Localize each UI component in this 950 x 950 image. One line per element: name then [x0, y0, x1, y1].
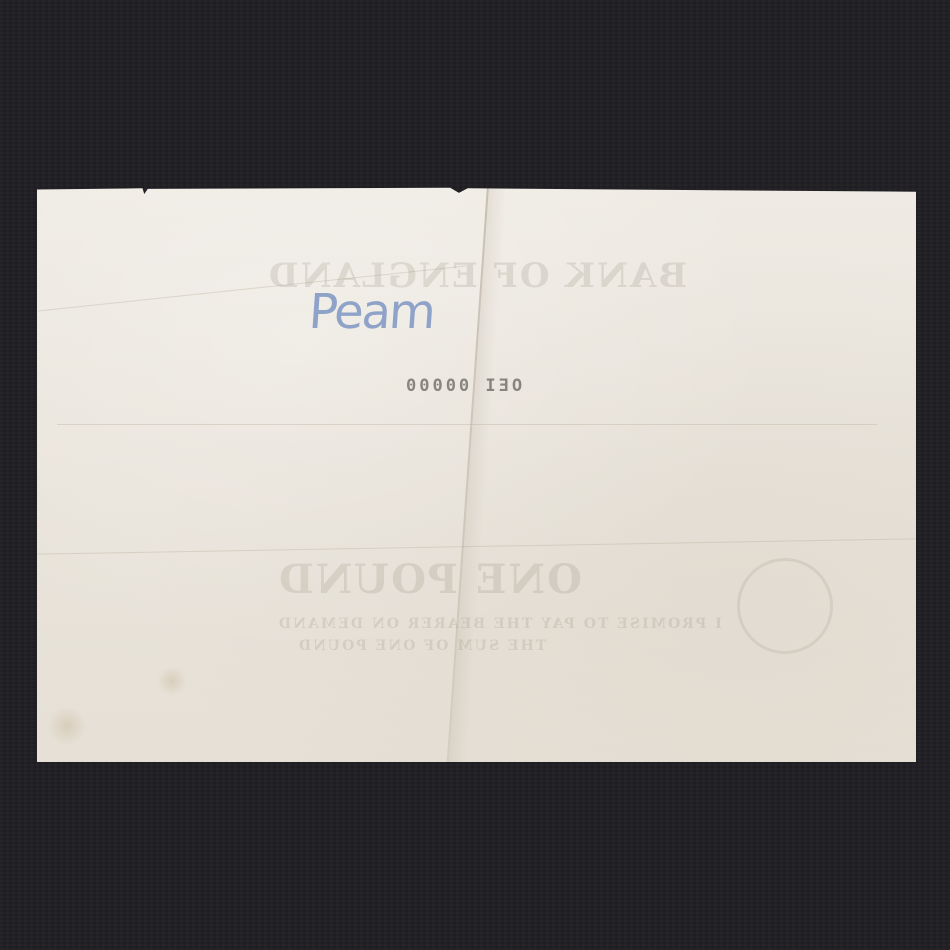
banknote-reverse: BANK OF ENGLAND ONE POUND I PROMISE TO P…	[37, 186, 916, 762]
crease	[57, 424, 877, 425]
stain	[157, 666, 187, 696]
show-through-promise-line-1: I PROMISE TO PAY THE BEARER ON DEMAND	[277, 616, 722, 632]
handwritten-annotation: Peam	[307, 284, 436, 340]
show-through-denomination: ONE POUND	[277, 556, 582, 603]
show-through-serial: OEI 00000	[403, 376, 522, 396]
show-through-promise-line-2: THE SUM OF ONE POUND	[297, 638, 546, 654]
stain	[47, 706, 87, 746]
watermark-circle	[737, 558, 833, 654]
